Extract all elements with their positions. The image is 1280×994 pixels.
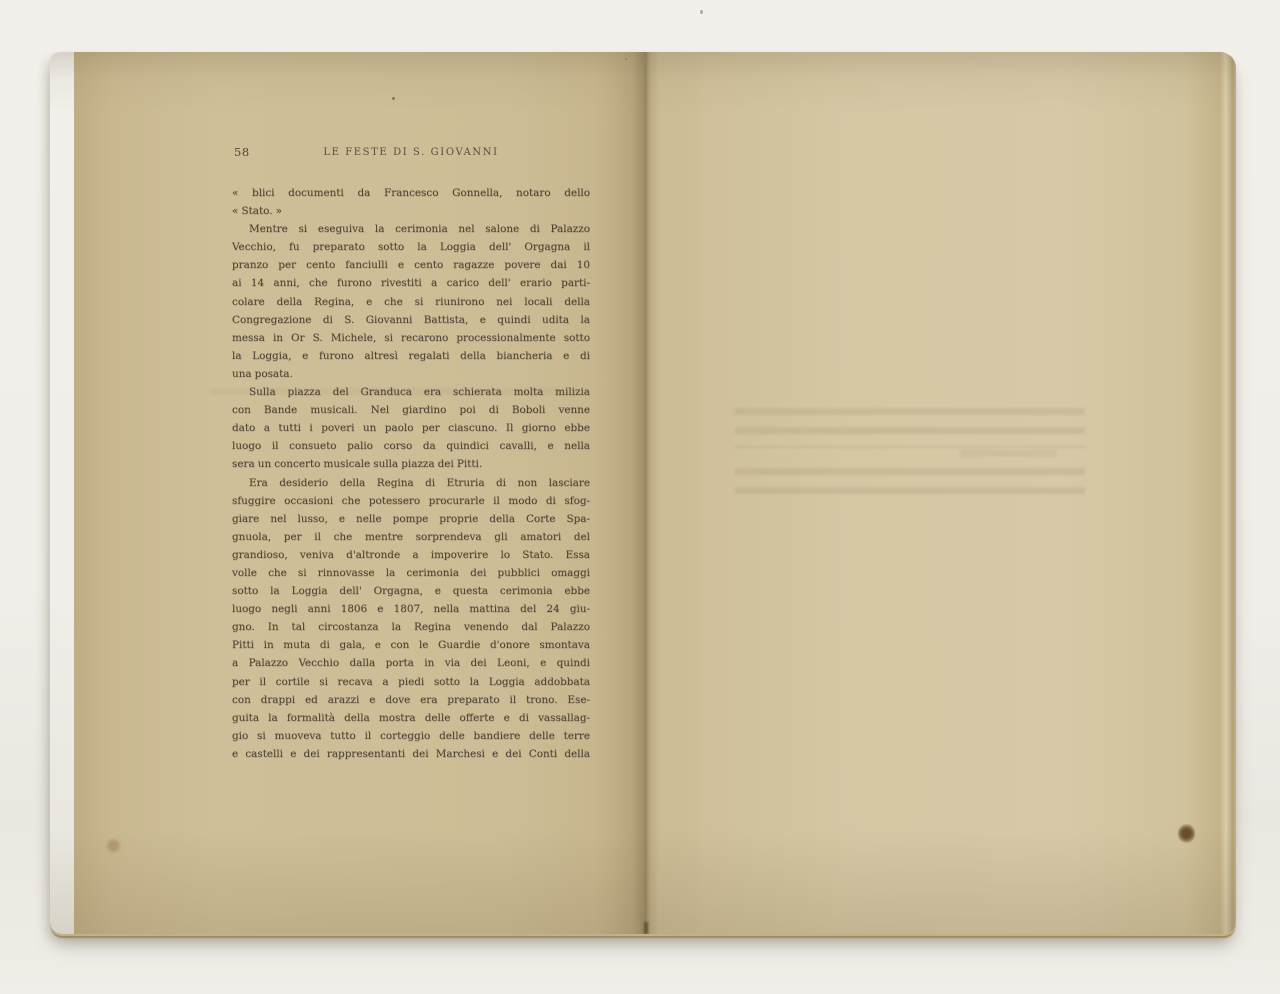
text-line: Pitti in muta di gala, e con le Guardie … (232, 636, 590, 654)
text-line: una posata. (232, 365, 590, 383)
text-line: sfuggire occasioni che potessero procura… (232, 492, 590, 510)
paragraph: Era desiderio della Regina di Etruria di… (232, 474, 590, 764)
text-line: sera un concerto musicale sulla piazza d… (232, 455, 590, 473)
text-line: a Palazzo Vecchio dalla porta in via dei… (232, 654, 590, 672)
text-line: volle che si rinnovasse la cerimonia dei… (232, 564, 590, 582)
paragraph: Sulla piazza del Granduca era schierata … (232, 383, 590, 473)
text-line: luogo negli anni 1806 e 1807, nella matt… (232, 600, 590, 618)
text-line: luogo il consueto palio corso da quindic… (232, 437, 590, 455)
text-line: « Stato. » (232, 202, 590, 220)
left-page-header: 58 LE FESTE DI S. GIOVANNI (232, 146, 590, 159)
text-line: gio si muoveva tutto il corteggio delle … (232, 727, 590, 745)
text-line: Congregazione di S. Giovanni Battista, e… (232, 311, 590, 329)
text-line: ai 14 anni, che furono rivestiti a caric… (232, 274, 590, 292)
running-header: LE FESTE DI S. GIOVANNI (323, 146, 498, 159)
left-page-text-column: 58 LE FESTE DI S. GIOVANNI « blici docum… (232, 146, 590, 763)
text-line: giare nel lusso, e nelle pompe proprie d… (232, 510, 590, 528)
open-book: 58 LE FESTE DI S. GIOVANNI « blici docum… (50, 52, 1236, 934)
text-line: gnuola, per il che mentre sorprendeva gl… (232, 528, 590, 546)
paragraph: Mentre si eseguiva la cerimonia nel salo… (232, 220, 590, 383)
text-line: guita la formalità della mostra delle of… (232, 709, 590, 727)
text-line: con drappi ed arazzi e dove era preparat… (232, 691, 590, 709)
text-line: Mentre si eseguiva la cerimonia nel salo… (232, 220, 590, 238)
paragraph: « blici documenti da Francesco Gonnella,… (232, 184, 590, 220)
text-line: con Bande musicali. Nel giardino poi di … (232, 401, 590, 419)
right-page: PARTE TERZA 59 Toscana ; e quindi veniva… (645, 52, 1236, 934)
page-stack-edges (50, 52, 74, 934)
text-line: dato a tutti i poveri un paolo per ciasc… (232, 419, 590, 437)
text-line: Era desiderio della Regina di Etruria di… (232, 474, 590, 492)
text-line: sotto la Loggia dell' Orgagna, e questa … (232, 582, 590, 600)
text-line: e castelli e dei rappresentanti dei Marc… (232, 745, 590, 763)
text-line: colare della Regina, e che si riunirono … (232, 293, 590, 311)
left-page: 58 LE FESTE DI S. GIOVANNI « blici docum… (74, 52, 645, 934)
dust-speck (700, 10, 703, 14)
text-line: Vecchio, fu preparato sotto la Loggia de… (232, 238, 590, 256)
text-line: pranzo per cento fanciulli e cento ragaz… (232, 256, 590, 274)
page-number: 58 (234, 146, 250, 159)
text-line: grandioso, veniva d'altronde a impoverir… (232, 546, 590, 564)
text-line: messa in Or S. Michele, si recarono proc… (232, 329, 590, 347)
text-line: gno. In tal circostanza la Regina venend… (232, 618, 590, 636)
photo-background: 58 LE FESTE DI S. GIOVANNI « blici docum… (0, 0, 1280, 994)
text-line: la Loggia, e furono altresì regalati del… (232, 347, 590, 365)
text-line: per il cortile si recava a piedi sotto l… (232, 673, 590, 691)
text-line: « blici documenti da Francesco Gonnella,… (232, 184, 590, 202)
text-line: Sulla piazza del Granduca era schierata … (232, 383, 590, 401)
